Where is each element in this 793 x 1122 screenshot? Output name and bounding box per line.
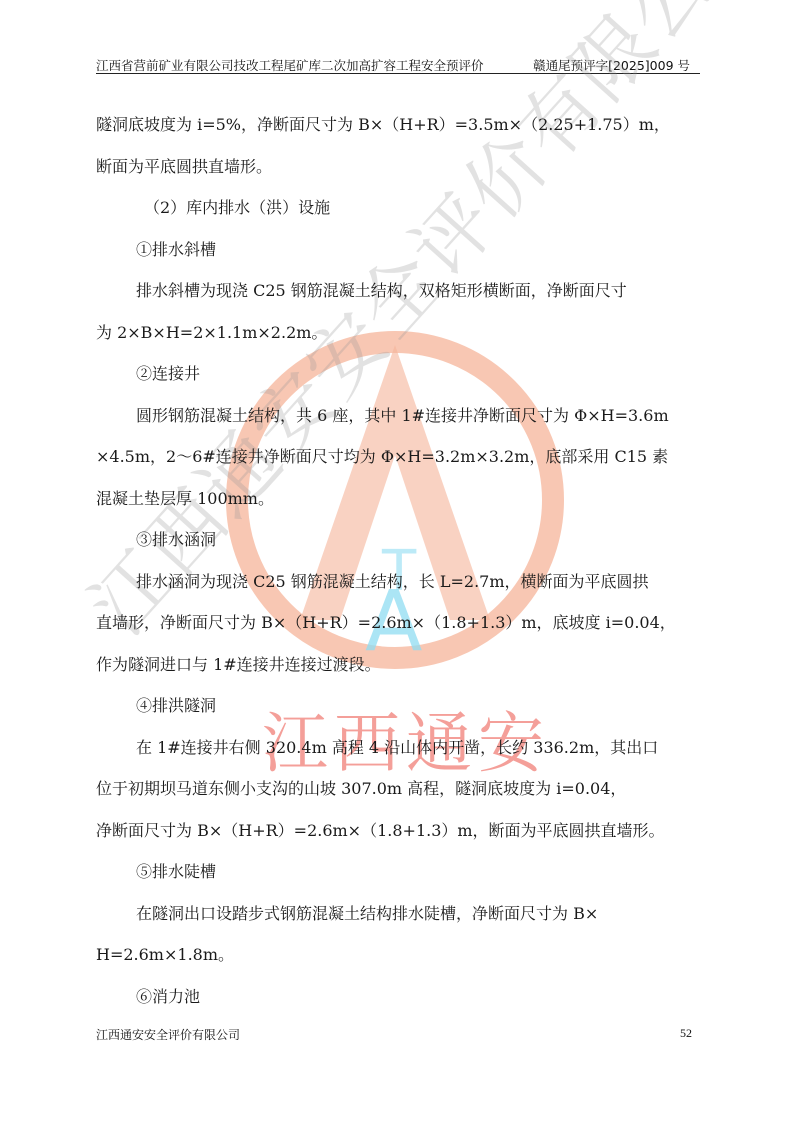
section-heading: （2）库内排水（洪）设施 [96,187,706,229]
subsection-heading: ①排水斜槽 [96,229,706,271]
subsection-heading: ②连接井 [96,353,706,395]
document-page: A T 江西通安安全评价有限公司 江西通安 江西省营前矿业有限公司技改工程尾矿库… [0,0,793,1122]
footer-company: 江西通安安全评价有限公司 [96,1026,240,1043]
paragraph-line: 隧洞底坡度为 i=5%，净断面尺寸为 B×（H+R）=3.5m×（2.25+1.… [96,104,706,146]
header-doc-number: 赣通尾预评字[2025]009 号 [533,56,690,74]
paragraph-line: 作为隧洞进口与 1#连接井连接过渡段。 [96,644,706,686]
paragraph-line: 位于初期坝马道东侧小支沟的山坡 307.0m 高程，隧洞底坡度为 i=0.04， [96,768,706,810]
paragraph-line: 圆形钢筋混凝土结构，共 6 座，其中 1#连接井净断面尺寸为 Φ×H=3.6m [96,395,706,437]
page-number: 52 [680,1026,692,1041]
paragraph-line: 直墙形，净断面尺寸为 B×（H+R）=2.6m×（1.8+1.3）m，底坡度 i… [96,602,706,644]
header-divider [96,73,700,74]
paragraph-line: H=2.6m×1.8m。 [96,934,706,976]
header-report-title: 江西省营前矿业有限公司技改工程尾矿库二次加高扩容工程安全预评价 [96,56,484,74]
subsection-heading: ⑥消力池 [96,976,706,1018]
subsection-heading: ③排水涵洞 [96,519,706,561]
page-body: 隧洞底坡度为 i=5%，净断面尺寸为 B×（H+R）=3.5m×（2.25+1.… [96,104,706,1017]
paragraph-line: 断面为平底圆拱直墙形。 [96,146,706,188]
paragraph-line: 混凝土垫层厚 100mm。 [96,478,706,520]
page-footer: 江西通安安全评价有限公司 52 [96,1026,700,1044]
paragraph-line: ×4.5m，2～6#连接井净断面尺寸均为 Φ×H=3.2m×3.2m，底部采用 … [96,436,706,478]
subsection-heading: ④排洪隧洞 [96,685,706,727]
paragraph-line: 在隧洞出口设踏步式钢筋混凝土结构排水陡槽，净断面尺寸为 B× [96,893,706,935]
paragraph-line: 排水斜槽为现浇 C25 钢筋混凝土结构，双格矩形横断面，净断面尺寸 [96,270,706,312]
paragraph-line: 排水涵洞为现浇 C25 钢筋混凝土结构，长 L=2.7m，横断面为平底圆拱 [96,561,706,603]
page-header: 江西省营前矿业有限公司技改工程尾矿库二次加高扩容工程安全预评价 赣通尾预评字[2… [96,56,700,74]
paragraph-line: 为 2×B×H=2×1.1m×2.2m。 [96,312,706,354]
subsection-heading: ⑤排水陡槽 [96,851,706,893]
paragraph-line: 在 1#连接井右侧 320.4m 高程 4 沿山体内开凿，长约 336.2m，其… [96,727,706,769]
paragraph-line: 净断面尺寸为 B×（H+R）=2.6m×（1.8+1.3）m，断面为平底圆拱直墙… [96,810,706,852]
